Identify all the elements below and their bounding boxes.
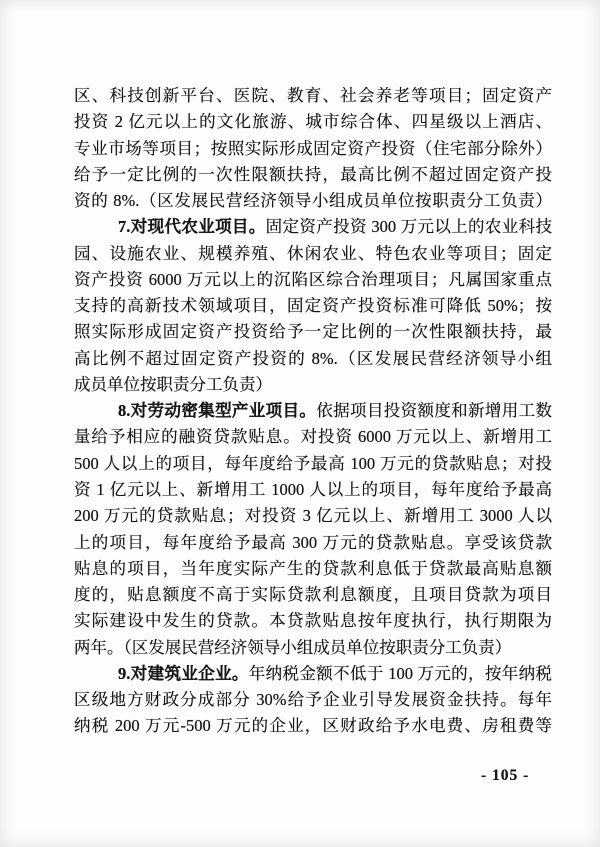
text-line: 纳税 200 万元-500 万元的企业，区财政给予水电费、房租费等: [74, 713, 552, 739]
text-line: 9.对建筑业企业。年纳税金额不低于 100 万元的，按年纳税: [74, 661, 552, 687]
text-line: 500 人以上的项目，每年度给予最高 100 万元的贷款贴息；对投: [74, 451, 552, 477]
text-run: 度的，贴息额度不高于实际贷款利息额度，且项目贷款为项目: [74, 585, 552, 604]
text-line: 区、科技创新平台、医院、教育、社会养老等项目；固定资产: [74, 83, 552, 109]
text-run: 区级地方财政分成部分 30%给予企业引导发展资金扶持。每年: [74, 690, 552, 709]
text-run: 资 1 亿元以上、新增用工 1000 人以上的项目，每年度给予最高: [74, 480, 552, 499]
text-line: 资产投资 6000 万元以上的沉陷区综合治理项目；凡属国家重点: [74, 267, 552, 293]
text-run: 上的项目，每年度给予最高 300 万元的贷款贴息。享受该贷款: [74, 533, 552, 552]
text-line: 量给予相应的融资贷款贴息。对投资 6000 万元以上、新增用工: [74, 424, 552, 450]
text-run: 照实际形成固定资产投资给予一定比例的一次性限额扶持，最: [74, 322, 552, 341]
text-run: 贴息的项目，当年度实际产生的贷款利息低于贷款最高贴息额: [74, 559, 552, 578]
text-line: 园、设施农业、规模养殖、休闲农业、特色农业等项目；固定: [74, 241, 552, 267]
section-heading: 9.对建筑业企业。: [118, 664, 249, 683]
text-run: 高比例不超过固定资产投资的 8%.（区发展民营经济领导小组: [74, 349, 552, 368]
text-run: 资的 8%.（区发展民营经济领导小组成员单位按职责分工负责）: [74, 191, 552, 210]
text-run: 量给予相应的融资贷款贴息。对投资 6000 万元以上、新增用工: [74, 427, 552, 446]
text-line: 专业市场等项目；按照实际形成固定资产投资（住宅部分除外）: [74, 136, 552, 162]
text-run: 实际建设中发生的贷款。本贷款贴息按年度执行，执行期限为: [74, 611, 552, 630]
document-text: 区、科技创新平台、医院、教育、社会养老等项目；固定资产投资 2 亿元以上的文化旅…: [74, 83, 552, 740]
text-line: 支持的高新技术领域项目，固定资产投资标准可降低 50%；按: [74, 293, 552, 319]
section-heading: 7.对现代农业项目。: [118, 217, 266, 236]
text-run: 专业市场等项目；按照实际形成固定资产投资（住宅部分除外）: [74, 139, 552, 158]
text-run: 支持的高新技术领域项目，固定资产投资标准可降低 50%；按: [74, 296, 552, 315]
text-line: 区级地方财政分成部分 30%给予企业引导发展资金扶持。每年: [74, 687, 552, 713]
text-line: 照实际形成固定资产投资给予一定比例的一次性限额扶持，最: [74, 319, 552, 345]
text-run: 纳税 200 万元-500 万元的企业，区财政给予水电费、房租费等: [74, 716, 552, 735]
text-line: 200 万元的贷款贴息；对投资 3 亿元以上、新增用工 3000 人以: [74, 503, 552, 529]
text-line: 成员单位按职责分工负责）: [74, 372, 552, 398]
text-run: 资产投资 6000 万元以上的沉陷区综合治理项目；凡属国家重点: [74, 270, 552, 289]
text-run: 投资 2 亿元以上的文化旅游、城市综合体、四星级以上酒店、: [74, 112, 552, 131]
text-run: 给予一定比例的一次性限额扶持，最高比例不超过固定资产投: [74, 165, 552, 184]
text-run: 园、设施农业、规模养殖、休闲农业、特色农业等项目；固定: [74, 244, 552, 263]
text-run: 两年。（区发展民营经济领导小组成员单位按职责分工负责）: [74, 638, 511, 657]
text-line: 给予一定比例的一次性限额扶持，最高比例不超过固定资产投: [74, 162, 552, 188]
text-line: 度的，贴息额度不高于实际贷款利息额度，且项目贷款为项目: [74, 582, 552, 608]
text-line: 上的项目，每年度给予最高 300 万元的贷款贴息。享受该贷款: [74, 530, 552, 556]
text-line: 投资 2 亿元以上的文化旅游、城市综合体、四星级以上酒店、: [74, 109, 552, 135]
text-line: 8.对劳动密集型产业项目。依据项目投资额度和新增用工数: [74, 398, 552, 424]
text-line: 两年。（区发展民营经济领导小组成员单位按职责分工负责）: [74, 635, 552, 661]
text-line: 贴息的项目，当年度实际产生的贷款利息低于贷款最高贴息额: [74, 556, 552, 582]
text-line: 高比例不超过固定资产投资的 8%.（区发展民营经济领导小组: [74, 346, 552, 372]
text-run: 成员单位按职责分工负责）: [74, 375, 272, 394]
text-run: 区、科技创新平台、医院、教育、社会养老等项目；固定资产: [74, 86, 552, 105]
text-line: 资 1 亿元以上、新增用工 1000 人以上的项目，每年度给予最高: [74, 477, 552, 503]
text-run: 500 人以上的项目，每年度给予最高 100 万元的贷款贴息；对投: [74, 454, 552, 473]
text-line: 资的 8%.（区发展民营经济领导小组成员单位按职责分工负责）: [74, 188, 552, 214]
document-page: 区、科技创新平台、医院、教育、社会养老等项目；固定资产投资 2 亿元以上的文化旅…: [0, 0, 600, 847]
text-run: 固定资产投资 300 万元以上的农业科技: [266, 217, 552, 236]
page-number: - 105 -: [481, 767, 529, 785]
section-heading: 8.对劳动密集型产业项目。: [118, 401, 316, 420]
text-run: 200 万元的贷款贴息；对投资 3 亿元以上、新增用工 3000 人以: [74, 506, 552, 525]
text-line: 实际建设中发生的贷款。本贷款贴息按年度执行，执行期限为: [74, 608, 552, 634]
text-line: 7.对现代农业项目。固定资产投资 300 万元以上的农业科技: [74, 214, 552, 240]
text-run: 依据项目投资额度和新增用工数: [316, 401, 552, 420]
text-run: 年纳税金额不低于 100 万元的，按年纳税: [249, 664, 552, 683]
